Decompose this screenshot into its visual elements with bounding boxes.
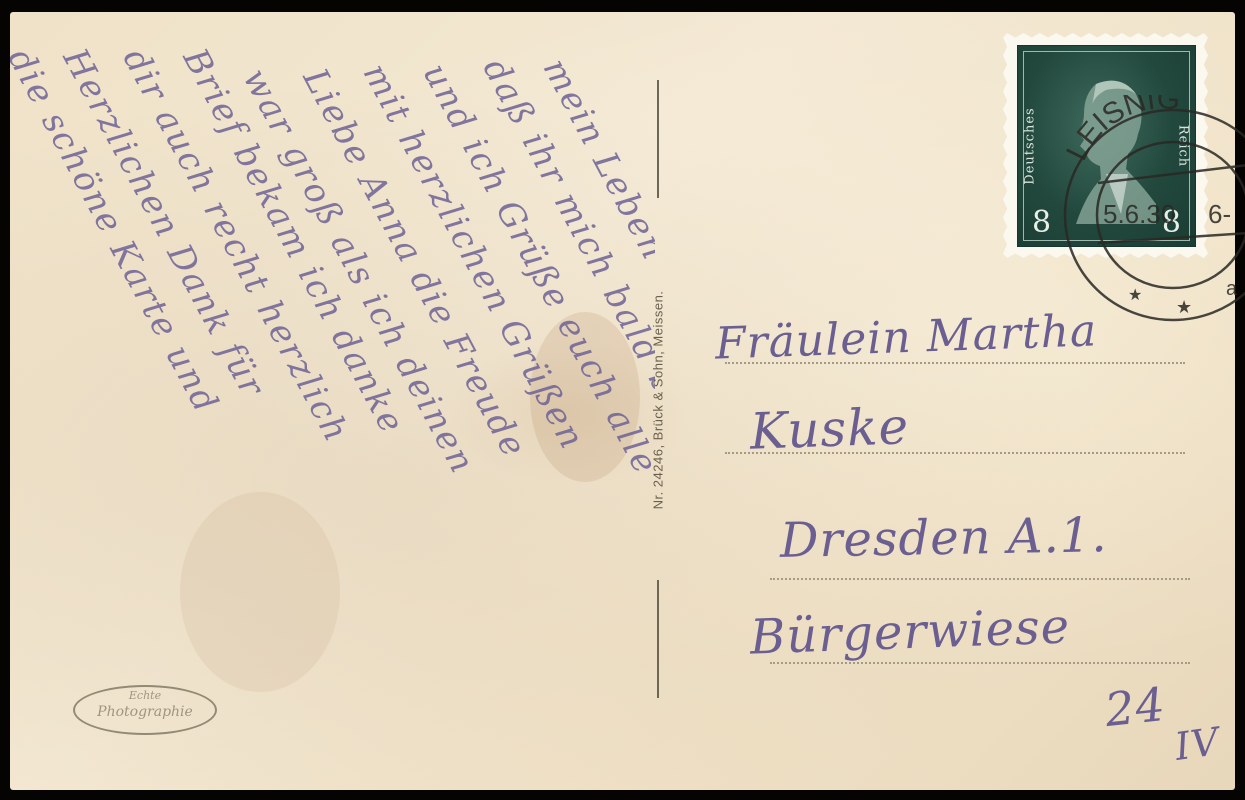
photo-stamp-line2: Photographie	[75, 704, 215, 720]
stamp-value-left: 8	[1032, 208, 1051, 238]
photo-stamp-line1: Echte	[75, 689, 215, 702]
message-area: mein Leben und ich hoffe daß ihr mich ba…	[10, 12, 655, 790]
stamp-design: Deutsches Reich 8 8	[1017, 45, 1196, 247]
stamp-value-right: 8	[1162, 208, 1181, 238]
address-street: Bürgerwiese	[749, 598, 1071, 665]
divider-line-top	[657, 80, 659, 198]
address-city: Dresden A.1.	[780, 507, 1108, 569]
address-recipient: Fräulein Martha	[714, 305, 1098, 369]
portrait-icon	[1066, 74, 1156, 224]
postage-stamp: Deutsches Reich 8 8	[1003, 33, 1208, 258]
address-house-number: 24	[1102, 677, 1168, 737]
stamp-country-left: Deutsches	[1023, 86, 1038, 206]
address-floor: IV	[1172, 719, 1222, 769]
divider-line-bottom	[657, 580, 659, 698]
address-line-3	[770, 578, 1190, 580]
photographie-stamp: Echte Photographie	[73, 685, 217, 735]
address-surname: Kuske	[749, 397, 910, 461]
printer-imprint-text: Nr. 24246, Brück & Sohn, Meissen.	[651, 291, 666, 510]
stamp-country-right: Reich	[1176, 86, 1191, 206]
